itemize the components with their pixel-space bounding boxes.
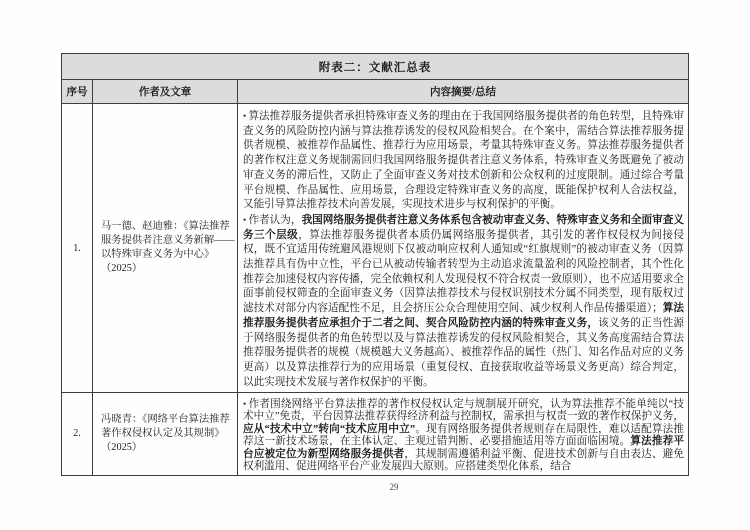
author-line: 著作权侵权认定及其规制》 bbox=[101, 427, 235, 441]
summary-text: ，算法推荐服务提供者本质仍属网络服务提供者，其引发的著作权侵权为间接侵权，既不宜… bbox=[243, 230, 684, 315]
author-line: 以特殊审查义务为中心》 bbox=[101, 248, 235, 262]
author-line: （2025） bbox=[101, 262, 235, 276]
author-line: 马一德、赵迪雅：《算法推荐 bbox=[101, 220, 235, 234]
summary-bullet-paragraph: • 算法推荐服务提供者承担特殊审查义务的理由在于我国网络服务提供者的角色转型，且… bbox=[243, 109, 684, 213]
header-author-article: 作者及文章 bbox=[93, 80, 238, 104]
summary-cell: • 算法推荐服务提供者承担特殊审查义务的理由在于我国网络服务提供者的角色转型，且… bbox=[238, 104, 689, 393]
row-serial-number: 1. bbox=[62, 104, 93, 393]
document-page: 附表二：文献汇总表 序号 作者及文章 内容摘要/总结 1.马一德、赵迪雅：《算法… bbox=[0, 0, 750, 530]
summary-text: 作者围绕网络平台算法推荐的著作权侵权认定与规制展开研究，认为算法推荐不能单纯以“… bbox=[243, 399, 684, 422]
author-line: 服务提供者注意义务新解—— bbox=[101, 234, 235, 248]
table-body: 1.马一德、赵迪雅：《算法推荐服务提供者注意义务新解——以特殊审查义务为中心》（… bbox=[62, 104, 689, 476]
table-row: 1.马一德、赵迪雅：《算法推荐服务提供者注意义务新解——以特殊审查义务为中心》（… bbox=[62, 104, 689, 393]
header-content-summary: 内容摘要/总结 bbox=[238, 80, 689, 104]
author-article-cell: 冯晓青：《网络平台算法推荐著作权侵权认定及其规制》（2025） bbox=[93, 393, 238, 476]
table-title-row: 附表二：文献汇总表 bbox=[62, 54, 689, 80]
summary-text-bold: 应从“技术中立”转向“技术应用中立” bbox=[243, 424, 415, 435]
table-header-row: 序号 作者及文章 内容摘要/总结 bbox=[62, 80, 689, 104]
summary-text: 算法推荐服务提供者承担特殊审查义务的理由在于我国网络服务提供者的角色转型，且特殊… bbox=[243, 111, 684, 210]
table-row: 2.冯晓青：《网络平台算法推荐著作权侵权认定及其规制》（2025）• 作者围绕网… bbox=[62, 393, 689, 476]
literature-summary-table: 附表二：文献汇总表 序号 作者及文章 内容摘要/总结 1.马一德、赵迪雅：《算法… bbox=[61, 53, 689, 476]
summary-bullet-paragraph: • 作者围绕网络平台算法推荐的著作权侵权认定与规制展开研究，认为算法推荐不能单纯… bbox=[243, 398, 684, 474]
page-number: 29 bbox=[19, 482, 750, 492]
summary-cell: • 作者围绕网络平台算法推荐的著作权侵权认定与规制展开研究，认为算法推荐不能单纯… bbox=[238, 393, 689, 476]
author-article-cell: 马一德、赵迪雅：《算法推荐服务提供者注意义务新解——以特殊审查义务为中心》（20… bbox=[93, 104, 238, 393]
header-serial-number: 序号 bbox=[62, 80, 93, 104]
row-serial-number: 2. bbox=[62, 393, 93, 476]
author-line: 冯晓青：《网络平台算法推荐 bbox=[101, 413, 235, 427]
table-title: 附表二：文献汇总表 bbox=[62, 54, 689, 80]
author-line: （2025） bbox=[101, 441, 235, 455]
summary-text: 作者认为， bbox=[248, 215, 301, 226]
summary-bullet-paragraph: • 作者认为，我国网络服务提供者注意义务体系包含被动审查义务、特殊审查义务和全面… bbox=[243, 213, 684, 390]
